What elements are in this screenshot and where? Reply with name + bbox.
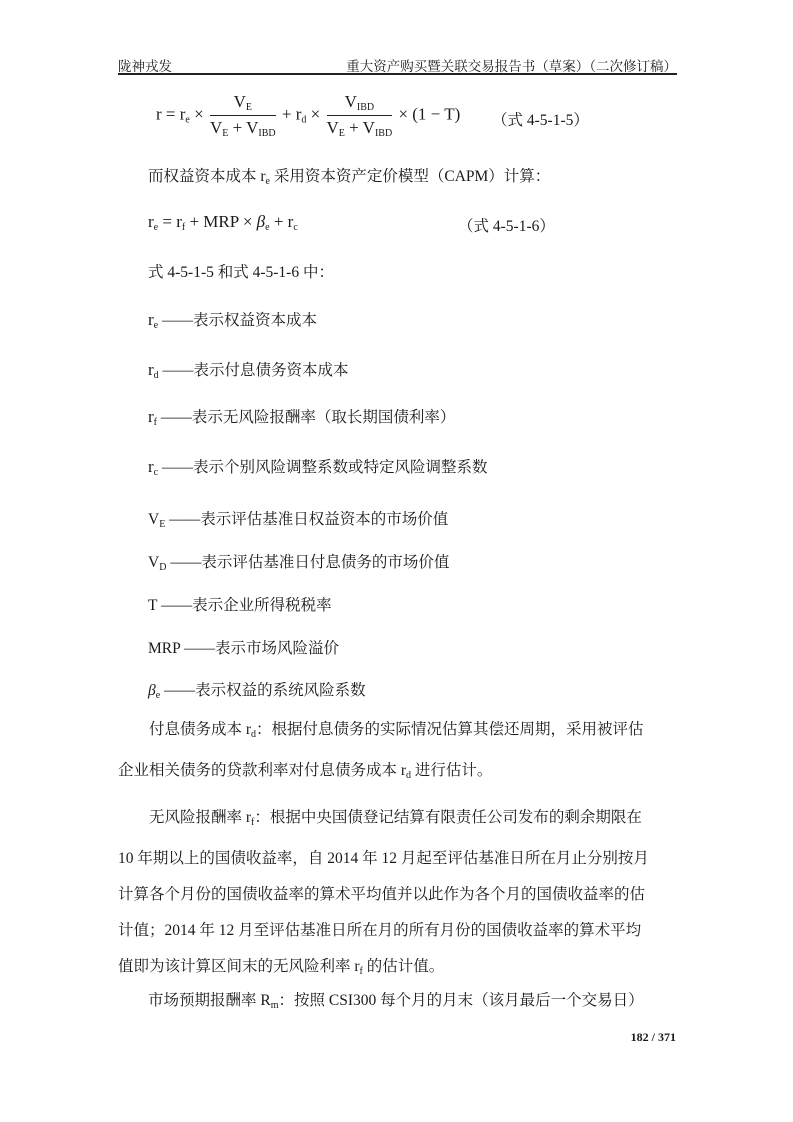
paragraph-debt-cost: 付息债务成本 rd：根据付息债务的实际情况估算其偿还周期，采用被评估 企业相关债… bbox=[118, 712, 678, 794]
formula-wacc: r = re × VE VE + VIBD + rd × VIBD VE + V… bbox=[156, 92, 460, 139]
header-right-title: 重大资产购买暨关联交易报告书（草案）（二次修订稿） bbox=[346, 55, 677, 75]
definition-re: re ——表示权益资本成本 bbox=[148, 308, 317, 331]
definition-ve: VE ——表示评估基准日权益资本的市场价值 bbox=[148, 507, 448, 530]
fraction-equity-weight: VE VE + VIBD bbox=[210, 92, 276, 139]
paragraph-market-return: 市场预期报酬率 Rm：按照 CSI300 每个月的月末（该月最后一个交易日） bbox=[148, 988, 644, 1011]
formula-capm: re = rf + MRP × βe + rc bbox=[148, 212, 298, 233]
definition-t: T ——表示企业所得税税率 bbox=[148, 593, 332, 615]
definition-beta: βe ——表示权益的系统风险系数 bbox=[148, 678, 366, 701]
capm-intro: 而权益资本成本 re 采用资本资产定价模型（CAPM）计算： bbox=[148, 164, 550, 187]
page-number: 182 / 371 bbox=[631, 1030, 676, 1045]
fraction-debt-weight: VIBD VE + VIBD bbox=[327, 92, 393, 139]
formula-label-4-5-1-5: （式 4-5-1-5） bbox=[492, 108, 589, 130]
paragraph-risk-free-rate: 无风险报酬率 rf：根据中央国债登记结算有限责任公司发布的剩余期限在 10 年期… bbox=[118, 800, 678, 990]
definition-rf: rf ——表示无风险报酬率（取长期国债利率） bbox=[148, 405, 455, 428]
header-rule bbox=[118, 73, 677, 75]
definition-mrp: MRP ——表示市场风险溢价 bbox=[148, 636, 339, 658]
definition-vd: VD ——表示评估基准日付息债务的市场价值 bbox=[148, 550, 449, 573]
definition-rc: rc ——表示个别风险调整系数或特定风险调整系数 bbox=[148, 455, 488, 478]
formula-label-4-5-1-6: （式 4-5-1-6） bbox=[458, 214, 555, 236]
where-line: 式 4-5-1-5 和式 4-5-1-6 中： bbox=[148, 260, 334, 282]
header-left-title: 陇神戎发 bbox=[118, 55, 172, 75]
definition-rd: rd ——表示付息债务资本成本 bbox=[148, 358, 349, 381]
